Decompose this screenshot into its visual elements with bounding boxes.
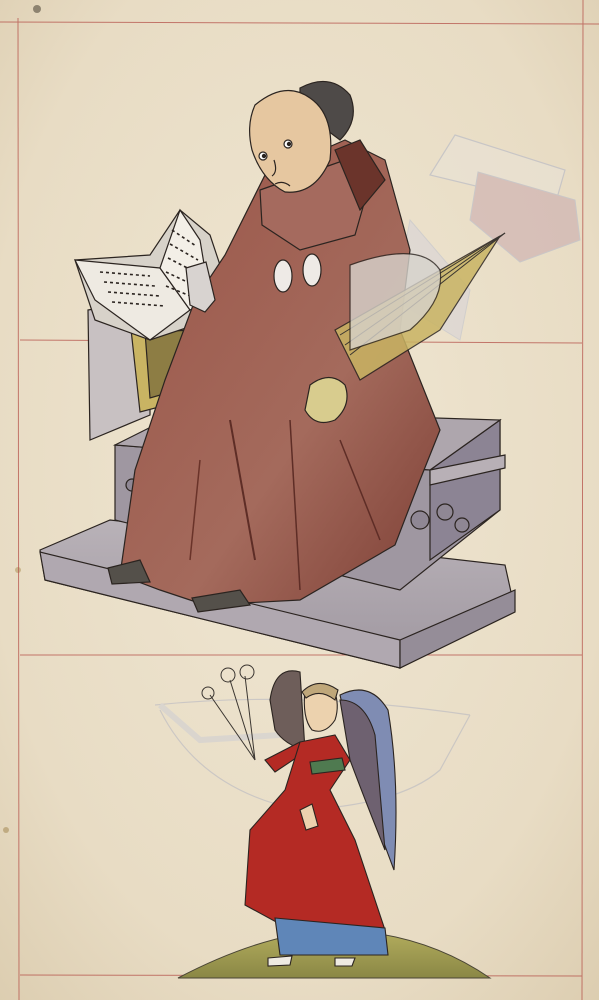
manuscript-page: [0, 0, 599, 1000]
manuscript-illustration: [0, 0, 599, 1000]
stain-dot: [15, 567, 21, 573]
stain-dot: [33, 5, 41, 13]
stain-dot: [3, 827, 9, 833]
